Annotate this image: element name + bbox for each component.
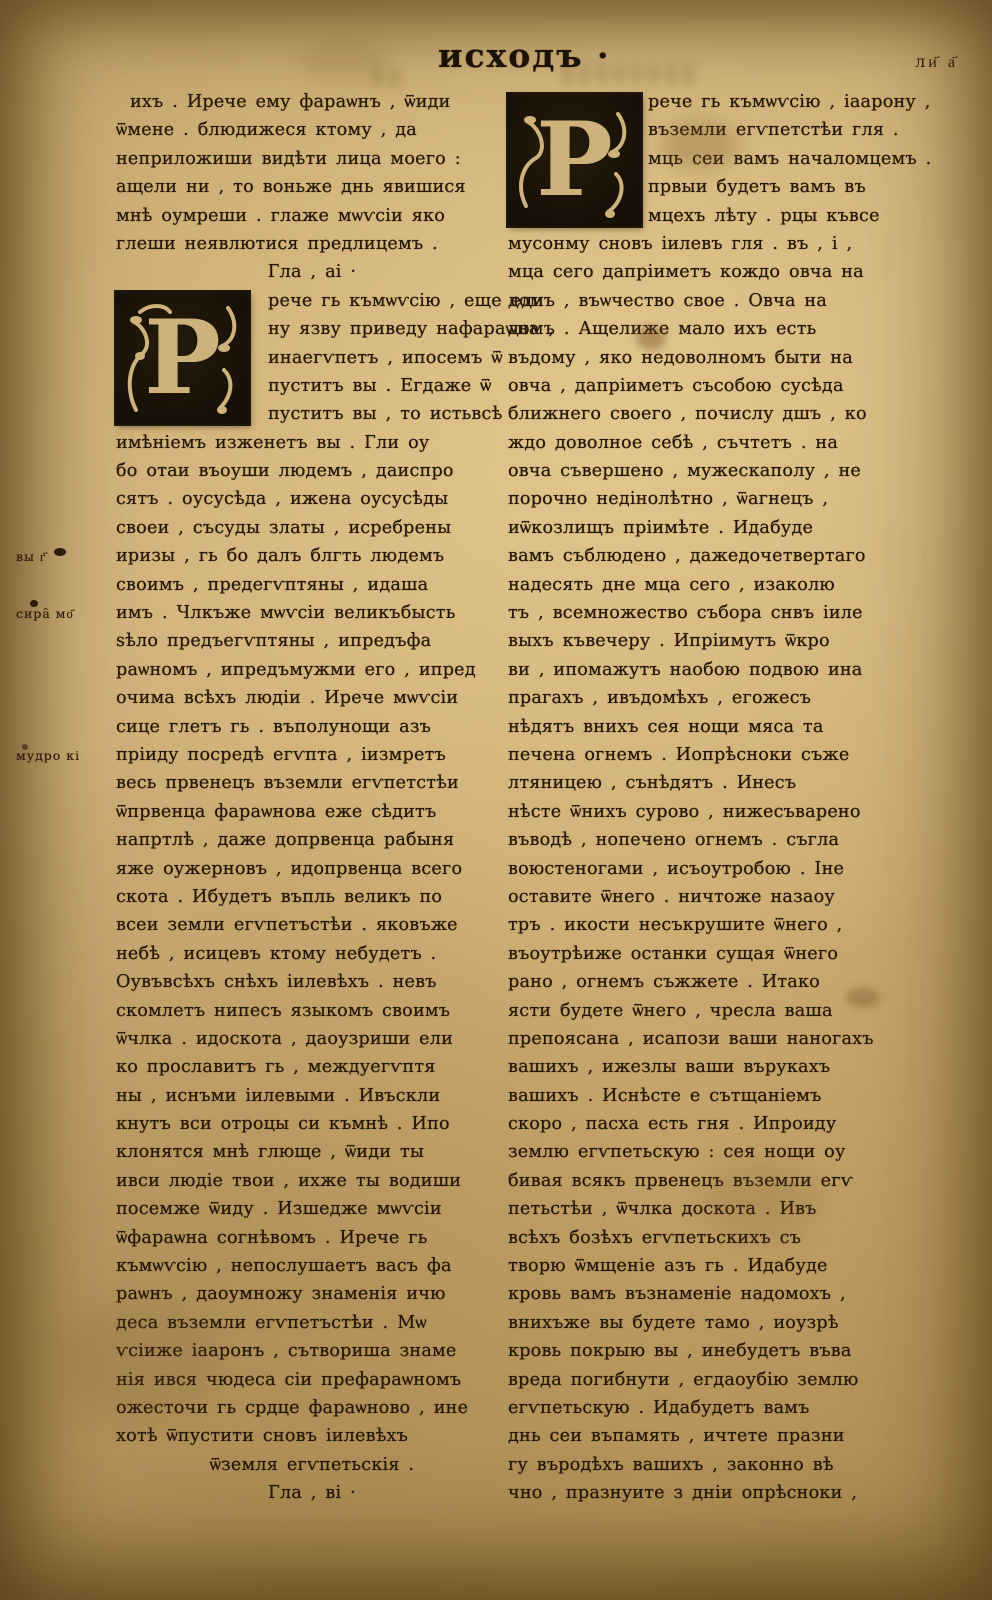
text-line: напртлѣ , даже допрвенца рабыня — [116, 826, 508, 854]
initial-letter: Р — [144, 307, 221, 409]
text-line: ждо доволное себѣ , съчтетъ . на — [508, 429, 932, 457]
text-line: посемже ѿиду . Изшедже мѡѵсіи — [116, 1195, 508, 1223]
text-line: ѕѣло предъегѵптяны , ипредъфа — [116, 627, 508, 655]
text-line: пріиду посредѣ егѵпта , іизмретъ — [116, 741, 508, 769]
text-line: имъ . Члкъже мѡѵсіи великъбысть — [116, 599, 508, 627]
text-line: скота . Ибудетъ въпль великъ по — [116, 883, 508, 911]
text-line: глеши неявлютися предлицемъ . — [116, 230, 508, 258]
text-line: домъ . Ащелиже мало ихъ есть — [508, 315, 932, 343]
text-line: яже оужерновъ , идопрвенца всего — [116, 855, 508, 883]
text-line: вашихъ , ижезлы ваши върукахъ — [508, 1053, 932, 1081]
text-line: клонятся мнѣ глюще , ѿиди ты — [116, 1138, 508, 1166]
text-line: своеи , съсуды златы , исребрены — [116, 514, 508, 542]
text-line: кровь покрыю вы , инебудетъ въва — [508, 1337, 932, 1365]
text-line: внихъже вы будете тамо , иоузрѣ — [508, 1309, 932, 1337]
text-line: ащели ни , то воньже днь явишися — [116, 173, 508, 201]
drop-cap-initial-right: Р — [508, 94, 641, 226]
text-line: ѿпрвенца фараѡнова еже сѣдитъ — [116, 798, 508, 826]
initial-letter: Р — [536, 109, 613, 211]
text-line: бо отаи въоуши людемъ , даиспро — [116, 457, 508, 485]
text-line: тръ . икости несъкрушите ѿнего , — [508, 911, 932, 939]
text-line: раѡнъ , даоумножу знаменія ичю — [116, 1280, 508, 1308]
right-text-column: рече гь къмѡѵсію , іаарону ,въземли егѵп… — [508, 88, 932, 1508]
text-line: землю егѵпетьскую : сея нощи оу — [508, 1138, 932, 1166]
text-line: ѿчлка . идоскота , даоузриши ели — [116, 1025, 508, 1053]
text-line: кровь вамъ възнаменіе надомохъ , — [508, 1280, 932, 1308]
text-line: всеи земли егѵпетъстѣи . яковъже — [116, 911, 508, 939]
text-line: нія ився чюдеса сіи префараѡномъ — [116, 1366, 508, 1394]
text-line: ви , ипомажутъ наобою подвою ина — [508, 656, 932, 684]
text-line: вашихъ . Иснѣсте е сътщаніемъ — [508, 1082, 932, 1110]
text-line: очима всѣхъ людіи . Ирече мѡѵсіи — [116, 684, 508, 712]
margin-note: сира̑ мо҃ — [16, 606, 116, 622]
text-line: Гла , аі · — [116, 258, 508, 286]
margin-note: мудро кі — [16, 748, 116, 763]
text-line: весь првенецъ въземли егѵпетстѣи — [116, 769, 508, 797]
text-line: оставите ѿнего . ничтоже назаоу — [508, 883, 932, 911]
margin-notes: вы г҃сира̑ мо҃мудро кі — [16, 0, 116, 1600]
text-line: къмѡѵсію , непослушаетъ васъ фа — [116, 1252, 508, 1280]
text-line: порочно недінолѣтно , ѿагнецъ , — [508, 485, 932, 513]
text-line: всѣхъ бозѣхъ егѵпетьскихъ съ — [508, 1224, 932, 1252]
text-line: егѵпетьскую . Идабудетъ вамъ — [508, 1394, 932, 1422]
text-line: ны , иснъми іилевыми . Ивъскли — [116, 1082, 508, 1110]
text-line: раѡномъ , ипредъмужми его , ипред — [116, 656, 508, 684]
text-line: гу въродѣхъ вашихъ , законно вѣ — [508, 1451, 932, 1479]
text-line: овча съвершено , мужескаполу , не — [508, 457, 932, 485]
text-line: въдому , яко недоволномъ быти на — [508, 344, 932, 372]
text-line: ѿземля егѵпетьскія . — [116, 1451, 508, 1479]
text-line: скоро , пасха есть гня . Ипроиду — [508, 1110, 932, 1138]
text-line: своимъ , предегѵптяны , идаша — [116, 571, 508, 599]
text-line: творю ѿмщеніе азъ гь . Идабуде — [508, 1252, 932, 1280]
text-line: нѣсте ѿнихъ сурово , нижесъварено — [508, 798, 932, 826]
text-line: Оувъвсѣхъ снѣхъ іилевѣхъ . невъ — [116, 968, 508, 996]
text-line: ѿфараѡна согнѣвомъ . Ирече гь — [116, 1224, 508, 1252]
text-line: лтяницею , сънѣдятъ . Инесъ — [508, 769, 932, 797]
text-line: ко прославитъ гь , междуегѵптя — [116, 1053, 508, 1081]
folio-mark: ли҃ а҃ — [915, 52, 958, 72]
text-line: рано , огнемъ съжжете . Итако — [508, 968, 932, 996]
text-line: печена огнемъ . Иопрѣсноки съже — [508, 741, 932, 769]
text-line: кнутъ вси отроцы си къмнѣ . Ипо — [116, 1110, 508, 1138]
text-line: имѣніемъ изженетъ вы . Гли оу — [116, 429, 508, 457]
text-line: скомлетъ нипесъ языкомъ своимъ — [116, 997, 508, 1025]
text-line: ѵсіиже іааронъ , сътвориша знаме — [116, 1337, 508, 1365]
text-line: ясти будете ѿнего , чресла ваша — [508, 997, 932, 1025]
scanned-book-page: ▮▮▮▮▮▮▮▮ ▮▮ исходъ · ли҃ а҃ вы г҃сира̑ м… — [0, 0, 992, 1600]
text-line: мнѣ оумреши . глаже мѡѵсіи яко — [116, 202, 508, 230]
text-line: небѣ , исицевъ ктому небудетъ . — [116, 940, 508, 968]
text-line: чно , празнуите з дніи опрѣсноки , — [508, 1479, 932, 1507]
text-line: ѿмене . блюдижеся ктому , да — [116, 116, 508, 144]
text-line: иѿкозлищъ пріимѣте . Идабуде — [508, 514, 932, 542]
text-line: прагахъ , ивъдомѣхъ , егожесъ — [508, 684, 932, 712]
text-line: иризы , гь бо далъ блгть людемъ — [116, 542, 508, 570]
text-line: надесять дне мца сего , изаколю — [508, 571, 932, 599]
paper-stain — [300, 40, 390, 80]
text-line: ихъ . Ирече ему фараѡнъ , ѿиди — [116, 88, 508, 116]
text-line: вамъ съблюдено , дажедочетвертаго — [508, 542, 932, 570]
running-title: исходъ · — [438, 36, 611, 75]
text-line: Гла , ві · — [116, 1479, 508, 1507]
text-line: вреда погибнути , егдаоубію землю — [508, 1366, 932, 1394]
text-line: ожесточи гь срдце фараѡново , ине — [116, 1394, 508, 1422]
text-line: препоясана , исапози ваши наногахъ — [508, 1025, 932, 1053]
text-line: сятъ . оусусѣда , ижена оусусѣды — [116, 485, 508, 513]
text-line: неприложиши видѣти лица моего : — [116, 145, 508, 173]
text-line: днь сеи въпамять , ичтете празни — [508, 1422, 932, 1450]
text-line: бивая всякъ првенецъ въземли егѵ — [508, 1167, 932, 1195]
text-line: тъ , всемножество събора снвъ іиле — [508, 599, 932, 627]
text-line: ближнего своего , почислу дшъ , ко — [508, 400, 932, 428]
text-line: въводѣ , нопечено огнемъ . съгла — [508, 826, 932, 854]
text-line: выхъ къвечеру . Ипріимутъ ѿкро — [508, 627, 932, 655]
text-line: въоутрѣиже останки сущая ѿнего — [508, 940, 932, 968]
text-line: сице глетъ гь . въполунощи азъ — [116, 713, 508, 741]
text-line: мца сего дапріиметъ кождо овча на — [508, 258, 932, 286]
text-line: нѣдятъ внихъ сея нощи мяса та — [508, 713, 932, 741]
text-line: воюстеногами , исъоутробою . Іне — [508, 855, 932, 883]
text-line: овча , дапріиметъ съсобою сусѣда — [508, 372, 932, 400]
text-line: ивси людіе твои , ихже ты водиши — [116, 1167, 508, 1195]
text-line: хотѣ ѿпустити сновъ іилевѣхъ — [116, 1422, 508, 1450]
margin-note: вы г҃ — [16, 549, 116, 565]
text-line: мусонму сновъ іилевъ гля . въ , і , — [508, 230, 932, 258]
text-line: деса въземли егѵпетъстѣи . Мѡ — [116, 1309, 508, 1337]
drop-cap-initial-left: Р — [116, 292, 249, 424]
text-line: петьстѣи , ѿчлка доскота . Ивъ — [508, 1195, 932, 1223]
text-line: домъ , въѡчество свое . Овча на — [508, 287, 932, 315]
